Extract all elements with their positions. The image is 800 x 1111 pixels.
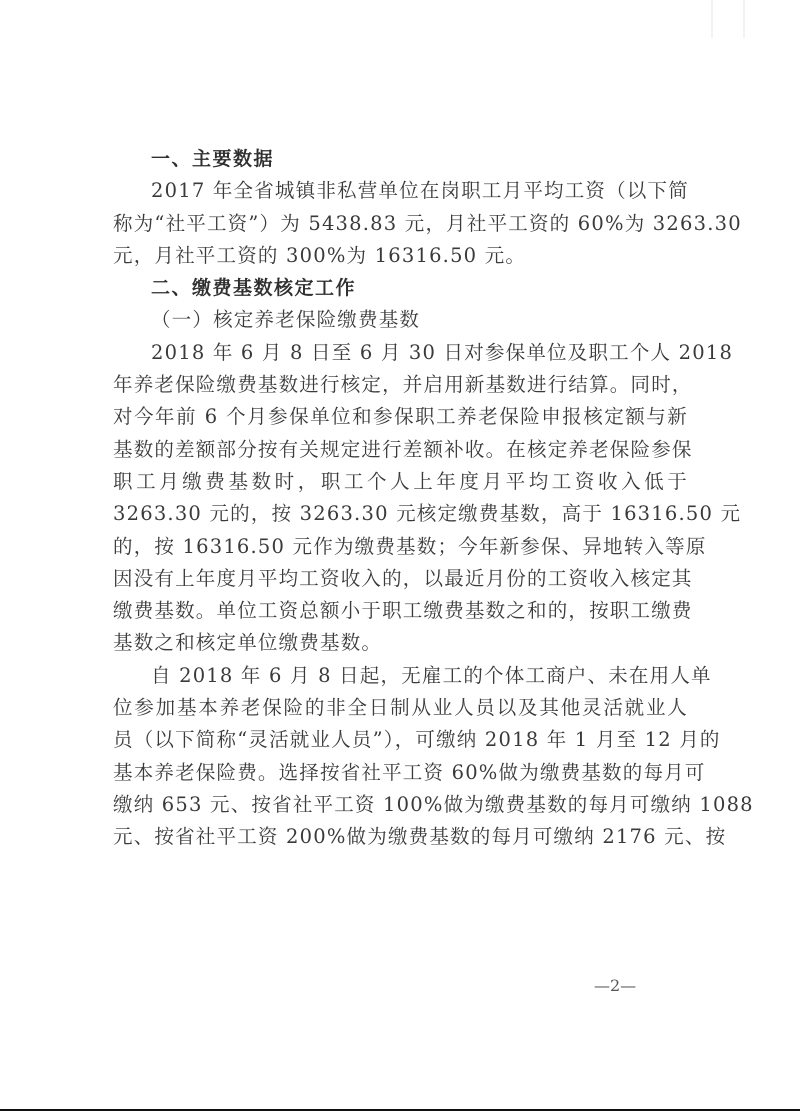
- paragraph-line: 基数之和核定单位缴费基数。: [113, 627, 688, 659]
- section-heading-base-verification: 二、缴费基数核定工作: [113, 272, 688, 304]
- page-number: —2—: [594, 976, 636, 995]
- document-page: 一、主要数据 2017 年全省城镇非私营单位在岗职工月平均工资（以下简 称为“社…: [0, 0, 800, 1111]
- section-heading-main-data: 一、主要数据: [113, 143, 688, 175]
- paragraph-line: 称为“社平工资”）为 5438.83 元，月社平工资的 60%为 3263.30: [113, 208, 688, 240]
- paragraph-line: 缴纳 653 元、按省社平工资 100%做为缴费基数的每月可缴纳 1088: [113, 789, 688, 821]
- paragraph-line: 3263.30 元的，按 3263.30 元核定缴费基数，高于 16316.50…: [113, 498, 688, 530]
- subsection-heading-pension-base: （一）核定养老保险缴费基数: [113, 304, 688, 336]
- paragraph-line: 2017 年全省城镇非私营单位在岗职工月平均工资（以下简: [113, 175, 688, 207]
- paragraph-line: 的，按 16316.50 元作为缴费基数；今年新参保、异地转入等原: [113, 531, 688, 563]
- scan-artifact: [711, 0, 745, 38]
- paragraph-line: 基本养老保险费。选择按省社平工资 60%做为缴费基数的每月可: [113, 757, 688, 789]
- paragraph-line: 2018 年 6 月 8 日至 6 月 30 日对参保单位及职工个人 2018: [113, 337, 688, 369]
- paragraph-line: 元，月社平工资的 300%为 16316.50 元。: [113, 240, 688, 272]
- paragraph-line: 年养老保险缴费基数进行核定，并启用新基数进行结算。同时，: [113, 369, 688, 401]
- paragraph-line: 自 2018 年 6 月 8 日起，无雇工的个体工商户、未在用人单: [113, 660, 688, 692]
- paragraph-line: 员（以下简称“灵活就业人员”），可缴纳 2018 年 1 月至 12 月的: [113, 724, 688, 756]
- document-body: 一、主要数据 2017 年全省城镇非私营单位在岗职工月平均工资（以下简 称为“社…: [113, 143, 688, 854]
- paragraph-line: 位参加基本养老保险的非全日制从业人员以及其他灵活就业人: [113, 692, 688, 724]
- paragraph-line: 基数的差额部分按有关规定进行差额补收。在核定养老保险参保: [113, 434, 688, 466]
- paragraph-line: 对今年前 6 个月参保单位和参保职工养老保险申报核定额与新: [113, 401, 688, 433]
- paragraph-line: 元、按省社平工资 200%做为缴费基数的每月可缴纳 2176 元、按: [113, 821, 688, 853]
- paragraph-line: 职工月缴费基数时，职工个人上年度月平均工资收入低于: [113, 466, 688, 498]
- paragraph-line: 缴费基数。单位工资总额小于职工缴费基数之和的，按职工缴费: [113, 595, 688, 627]
- paragraph-line: 因没有上年度月平均工资收入的，以最近月份的工资收入核定其: [113, 563, 688, 595]
